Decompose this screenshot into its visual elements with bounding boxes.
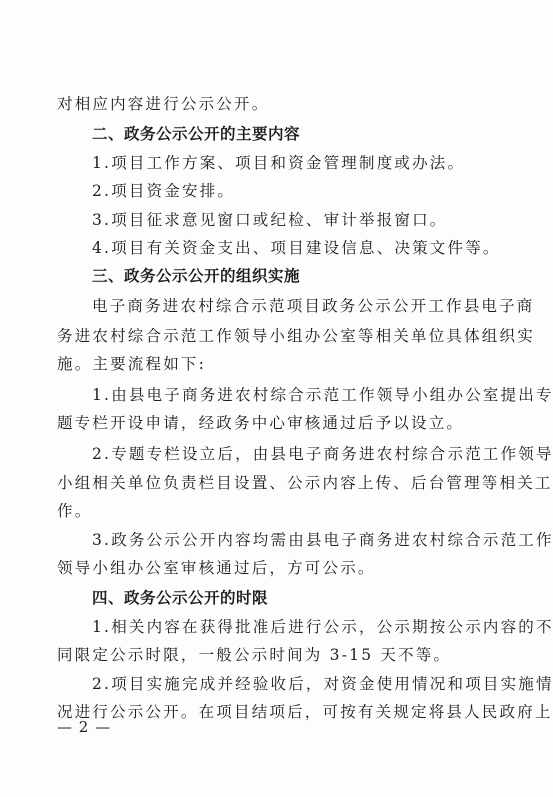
section-4-item-1-line-1: 1.相关内容在获得批准后进行公示，公示期按公示内容的不 bbox=[92, 617, 450, 637]
section-2-item-4: 4.项目有关资金支出、项目建设信息、决策文件等。 bbox=[92, 238, 501, 258]
section-4-item-1-line-2: 同限定公示时限，一般公示时间为 3-15 天不等。 bbox=[57, 645, 451, 665]
section-3-step-1-line-2: 题专栏开设申请，经政务中心审核通过后予以设立。 bbox=[57, 413, 464, 433]
section-4-item-2-line-1: 2.项目实施完成并经验收后，对资金使用情况和项目实施情 bbox=[92, 674, 450, 694]
section-2-item-3: 3.项目征求意见窗口或纪检、审计举报窗口。 bbox=[92, 210, 448, 230]
section-3-step-2-line-2: 小组相关单位负责栏目设置、公示内容上传、后台管理等相关工 bbox=[57, 473, 450, 493]
section-3-step-3-line-1: 3.政务公示公开内容均需由县电子商务进农村综合示范工作 bbox=[92, 530, 450, 550]
section-2-item-1: 1.项目工作方案、项目和资金管理制度或办法。 bbox=[92, 153, 465, 173]
section-3-step-3-line-2: 领导小组办公室审核通过后，方可公示。 bbox=[57, 558, 376, 578]
intro-tail-text: 对相应内容进行公示公开。 bbox=[57, 94, 269, 114]
page-number: — 2 — bbox=[57, 718, 111, 736]
section-2-heading: 二、政务公示公开的主要内容 bbox=[92, 124, 300, 144]
section-2-item-2: 2.项目资金安排。 bbox=[92, 181, 235, 201]
section-3-heading: 三、政务公示公开的组织实施 bbox=[92, 266, 300, 286]
section-3-intro-line-2: 务进农村综合示范工作领导小组办公室等相关单位具体组织实 bbox=[57, 326, 450, 346]
section-3-step-2-line-1: 2.专题专栏设立后，由县电子商务进农村综合示范工作领导 bbox=[92, 444, 450, 464]
section-3-step-2-line-3: 作。 bbox=[57, 501, 92, 521]
section-3-step-1-line-1: 1.由县电子商务进农村综合示范工作领导小组办公室提出专 bbox=[92, 385, 450, 405]
section-3-intro-line-3: 施。主要流程如下: bbox=[57, 354, 206, 374]
section-4-heading: 四、政务公示公开的时限 bbox=[92, 588, 268, 608]
section-3-intro-line-1: 电子商务进农村综合示范项目政务公示公开工作县电子商 bbox=[92, 296, 450, 316]
section-4-item-2-line-2: 况进行公示公开。在项目结项后，可按有关规定将县人民政府上 bbox=[57, 702, 450, 722]
